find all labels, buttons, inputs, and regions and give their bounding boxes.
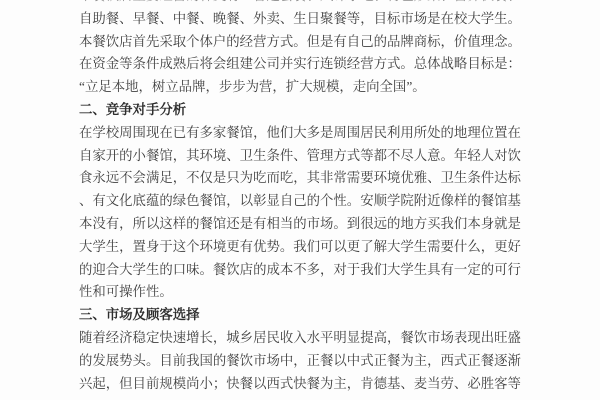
text-line: 在学校周围现在已有多家餐馆，他们大多是周围居民利用所处的地理位置在 — [79, 122, 534, 145]
text-line: 本没有，所以这样的餐馆还是有相当的市场。到很远的地方买我们本身就是 — [79, 213, 534, 236]
document-text-block: 本餐饮店主要经营的种类有：普通套餐、风味小吃、特色炒菜、营养快餐、自助餐、早餐、… — [79, 0, 534, 395]
section-heading: 三、市场及顾客选择 — [79, 304, 534, 327]
text-line: 在资金等条件成熟后将会组建公司并实行连锁经营方式。总体战略目标是： — [79, 53, 534, 76]
text-line: 的迎合大学生的口味。餐饮店的成本不多，对于我们大学生具有一定的可行 — [79, 259, 534, 282]
cropped-top-text-line: 本餐饮店主要经营的种类有：普通套餐、风味小吃、特色炒菜、营养快餐、 — [79, 0, 534, 8]
text-line: 的发展势头。目前我国的餐饮市场中，正餐以中式正餐为主，西式正餐逐渐 — [79, 350, 534, 373]
text-line: 自家开的小餐馆，其环境、卫生条件、管理方式等都不尽人意。年轻人对饮 — [79, 145, 534, 168]
text-line: 、有文化底蕴的绿色餐馆，以彰显自己的个性。安顺学院附近像样的餐馆基 — [79, 190, 534, 213]
document-page: 本餐饮店主要经营的种类有：普通套餐、风味小吃、特色炒菜、营养快餐、自助餐、早餐、… — [0, 0, 600, 400]
text-line: “立足本地，树立品牌，步步为营，扩大规模，走向全国”。 — [79, 76, 534, 99]
text-line: 本餐饮店首先采取个体户的经营方式。但是有自己的品牌商标，价值理念。 — [79, 31, 534, 54]
text-line: 食永远不会满足，不仅是只为吃而吃，其非常需要环境优雅、卫生条件达标 — [79, 167, 534, 190]
section-heading: 二、竞争对手分析 — [79, 99, 534, 122]
text-line: 自助餐、早餐、中餐、晚餐、外卖、生日聚餐等，目标市场是在校大学生。 — [79, 8, 534, 31]
text-line: 兴起，但目前规模尚小；快餐以西式快餐为主，肯德基、麦当劳、必胜客等 — [79, 373, 534, 396]
text-line: 随着经济稳定快速增长，城乡居民收入水平明显提高，餐饮市场表现出旺盛 — [79, 327, 534, 350]
text-line: 大学生，置身于这个环境更有优势。我们可以更了解大学生需要什么，更好 — [79, 236, 534, 259]
text-line: 性和可操作性。 — [79, 281, 534, 304]
